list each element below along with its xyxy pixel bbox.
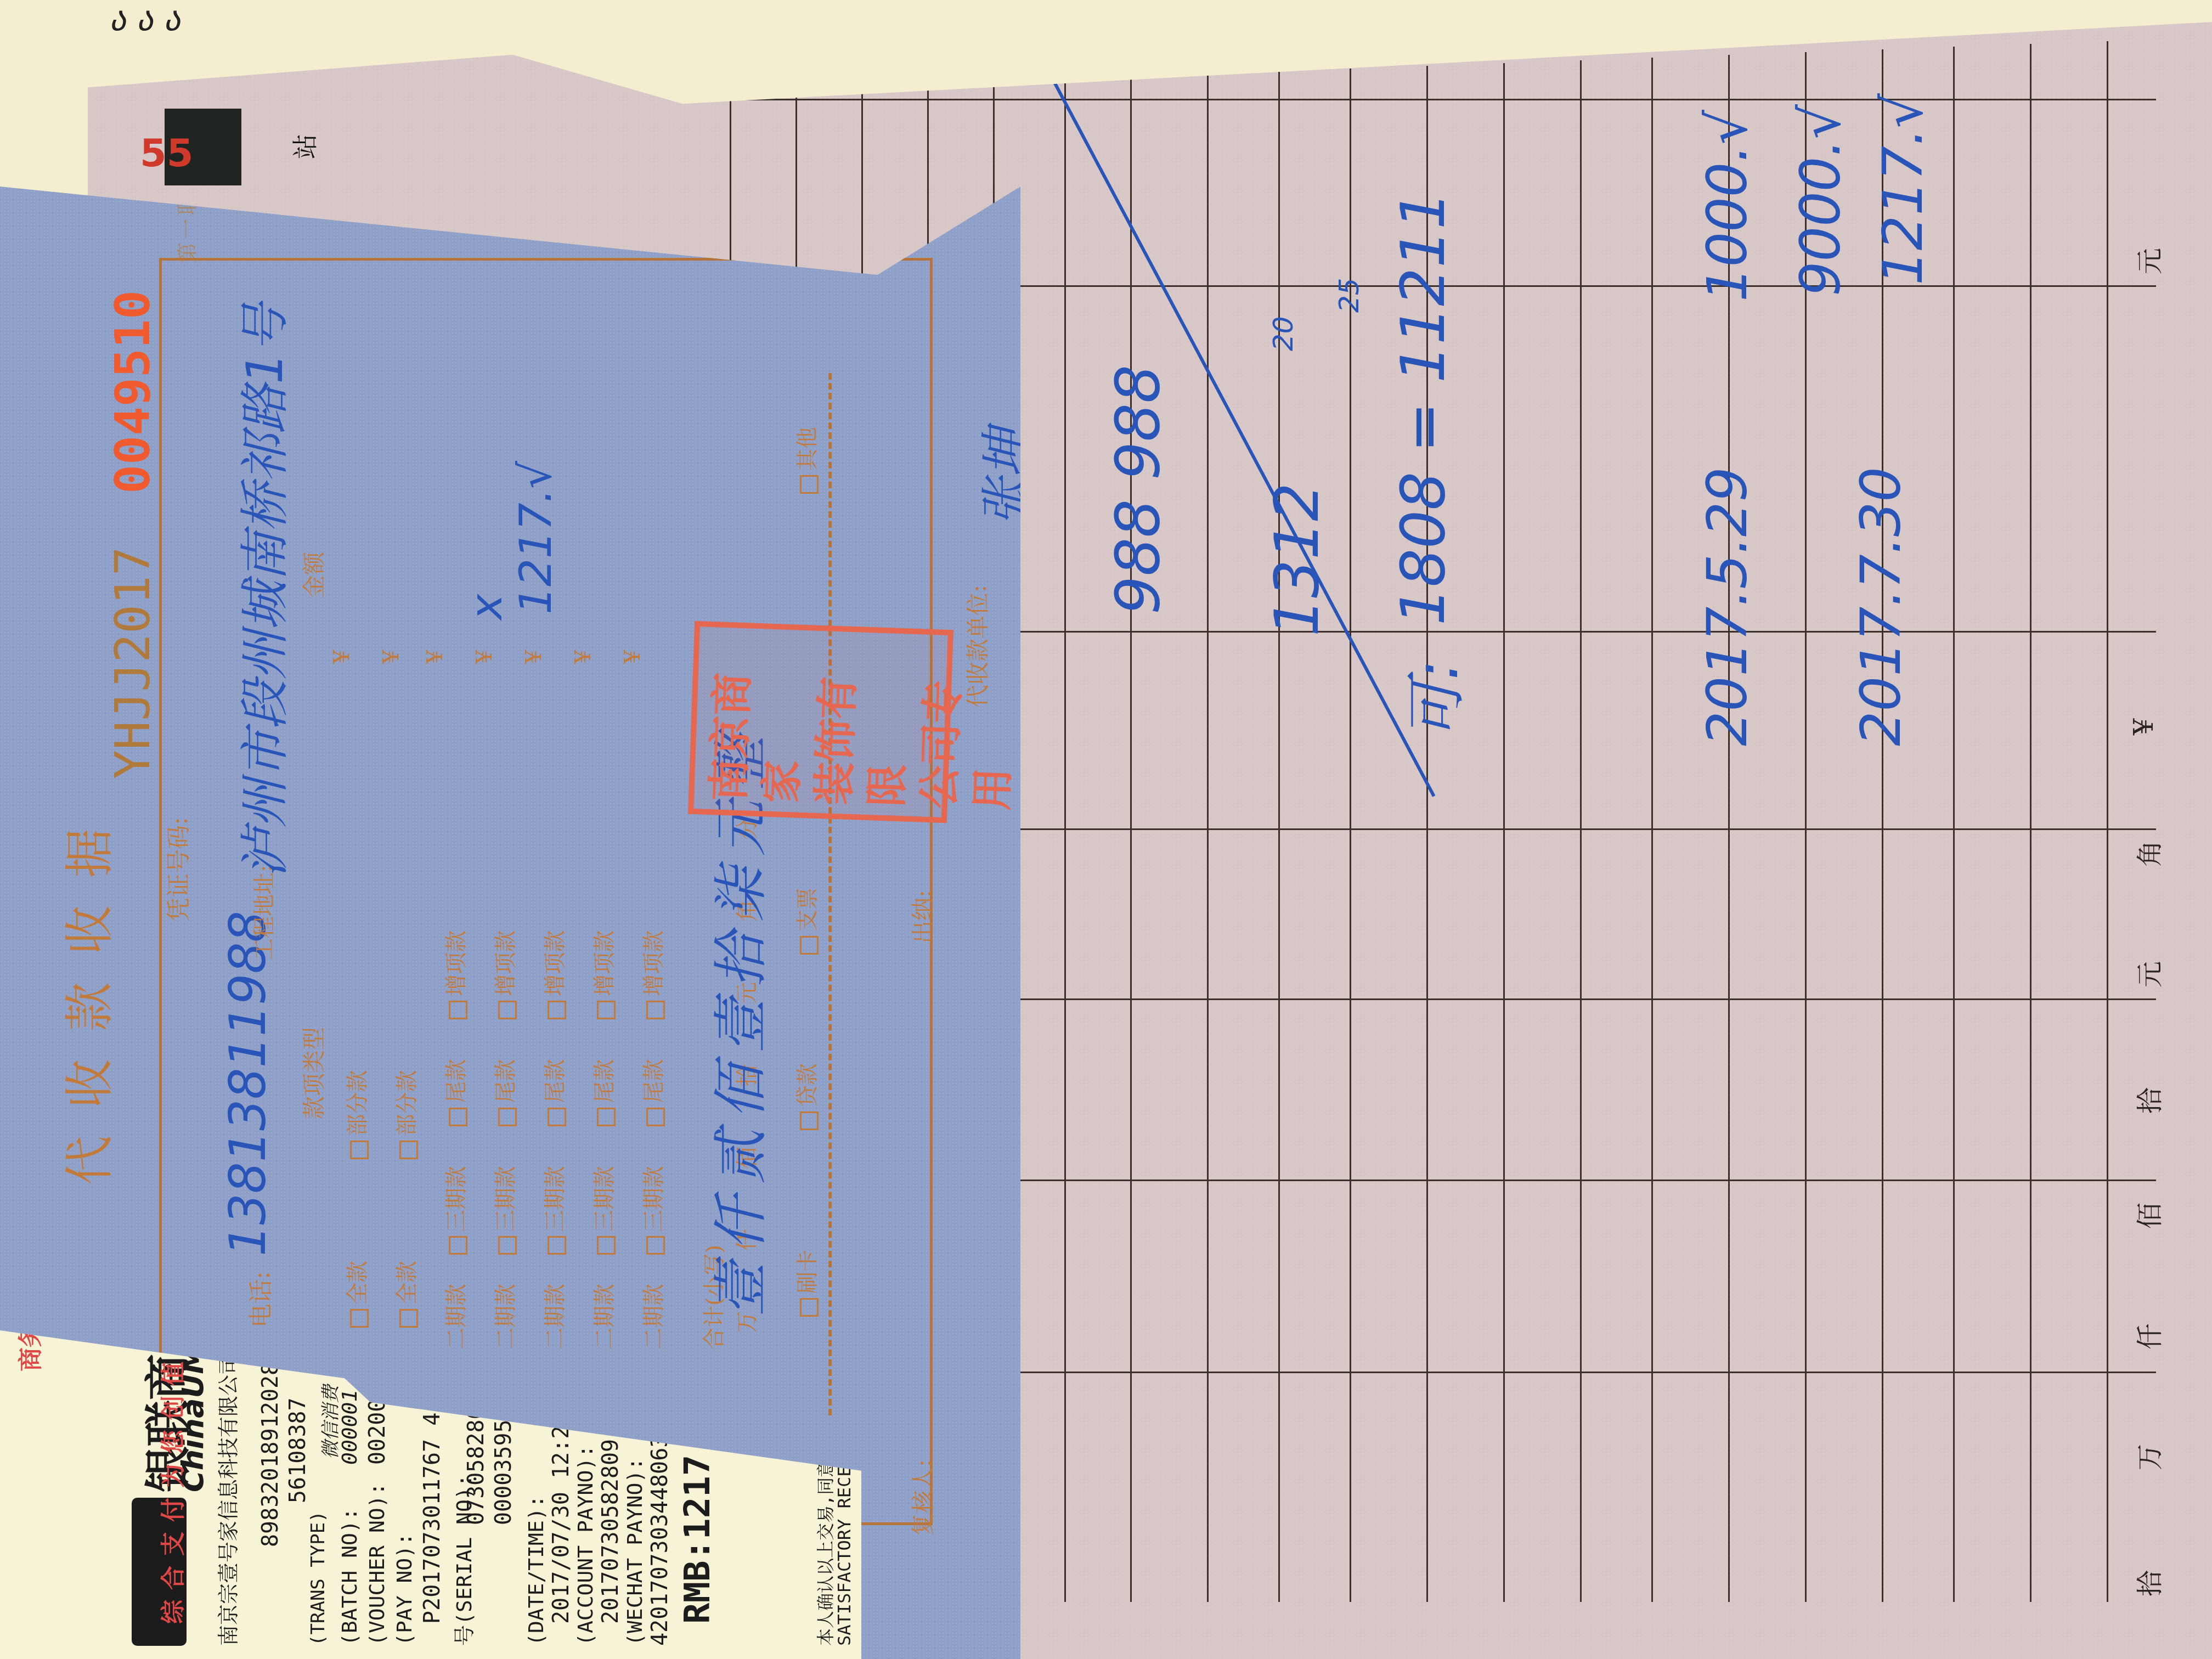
project-address-label: 工程地址: [247,865,278,960]
trans-type-label: (TRANS TYPE) [307,1511,329,1646]
checkbox-final[interactable] [548,1108,566,1126]
checkbox-extra[interactable] [548,1001,566,1019]
row-1-options[interactable]: 全款 部分款 [340,1070,371,1328]
unit-label-shi: 拾 [2129,1570,2166,1596]
payment-type-header: 款项类型 [296,1027,329,1119]
pay-no-label: (PAY NO): [392,1533,416,1646]
checkbox-extra[interactable] [646,1001,665,1019]
hand-calc-sup-2: 25 [1333,278,1365,313]
hand-calc-1: 1312 [1262,483,1332,636]
phone-label: 电话: [241,1271,276,1328]
row-4-options[interactable]: 二期款 三期款 尾款 增项款 [488,930,520,1350]
company-stamp: 南京商家 装饰有限 公司专用 财务章 [688,621,953,823]
batch-no-label: (BATCH NO): [337,1508,362,1646]
cashier-label: 出纳: [905,890,938,944]
batch-no: 000001 [337,1390,362,1465]
pay-method-loan[interactable]: 贷款 [790,1063,821,1130]
currency-sign: ¥ [571,650,596,664]
hand-calc-prefix: 可: [1388,660,1475,741]
currency-sign: ¥ [521,650,546,664]
checkbox-third[interactable] [646,1236,665,1255]
checkbox-card[interactable] [800,1298,819,1317]
unit-label-qian: 仟 [2129,1323,2166,1350]
checkbox-partial[interactable] [399,1141,418,1159]
hand-calc-sup-1: 20 [1267,316,1299,351]
row-7-options[interactable]: 二期款 三期款 尾款 增项款 [636,930,668,1350]
project-address-value: 泸州市段州城南桥祁路1号 [225,303,296,878]
checkbox-final[interactable] [449,1108,467,1126]
checkbox-final[interactable] [498,1108,517,1126]
hand-partial-marks: 988 988 [1103,365,1173,614]
entry-date-1: 2017.5.29 [1695,467,1759,746]
receipt-title: 代收款收据 [49,801,121,1185]
checkbox-extra[interactable] [449,1001,467,1019]
checkbox-loan[interactable] [800,1111,819,1130]
pay-method-card[interactable]: 刷卡 [790,1250,821,1317]
row-3-options[interactable]: 二期款 三期款 尾款 增项款 [439,930,470,1350]
unit-label-yuan: 元 [2129,961,2166,988]
row-2-options[interactable]: 全款 部分款 [390,1070,421,1328]
currency-sign: ¥ [379,650,404,664]
strike-through-line [1020,20,1435,797]
checkbox-final[interactable] [597,1108,616,1126]
collector-label: 代收款单位: [960,585,993,708]
account-payno-label: (ACCOUNT PAYNO): [573,1445,597,1646]
unit-label-jiao: 角 [2129,840,2166,867]
currency-sign: ¥ [329,650,354,664]
reviewer-label: 复核人: [905,1459,938,1536]
dashed-divider [828,373,832,1415]
checkbox-third[interactable] [449,1236,467,1255]
row-4-amount: ⅹ [461,594,512,620]
wechat-payno-label: (WECHAT PAYNO): [623,1458,647,1646]
checkbox-third[interactable] [498,1236,517,1255]
terminal-no: 56108387 [285,1397,311,1503]
merchant-name: 南京宗壹号家信息科技有限公司 [211,1354,241,1646]
hand-calc-2: 1808 = 11211 [1388,191,1458,625]
checkbox-third[interactable] [548,1236,566,1255]
bottom-scribble: 十7元 [2200,971,2212,1130]
checkbox-full[interactable] [399,1309,418,1328]
entry-amount-3: 1217.√ [1871,93,1935,285]
checkbox-extra[interactable] [597,1001,616,1019]
datetime-label: (DATE/TIME): [524,1495,548,1646]
unit-label-yuan-top: 元 [2129,248,2166,274]
currency-sign: ¥ [472,650,497,664]
entry-date-3: 2017.7.30 [1849,467,1913,746]
unit-label-bai: 佰 [2129,1203,2166,1229]
ledger-header-label: 站 [285,134,321,159]
voucher-no-label: (VOUCHER NO): [365,1483,389,1646]
checkbox-final[interactable] [646,1108,665,1126]
phone-value: 13813811988 [219,911,277,1256]
voucher-number-prefix: YHJJ2017 [104,546,161,779]
pay-method-cheque[interactable]: 支票 [790,888,821,955]
checkbox-extra[interactable] [498,1001,517,1019]
pay-method-other[interactable]: 其他 [790,427,821,494]
checkbox-other[interactable] [800,475,819,494]
currency-sign: ¥ [620,650,645,664]
row-5-amount: 1217.√ [510,461,561,614]
amount-header: 金额 [296,552,329,598]
checkbox-cheque[interactable] [800,936,819,955]
entry-amount-1: 1000.√ [1695,110,1759,302]
checkbox-partial[interactable] [350,1141,369,1159]
unit-label-shi-2: 拾 [2129,1087,2166,1114]
merchant-no: 898320189120281 [258,1349,283,1547]
row-6-options[interactable]: 二期款 三期款 尾款 增项款 [587,930,618,1350]
ledger-header-number: 55 [140,131,193,176]
unit-label-wan: 万 [2129,1444,2166,1470]
unit-label-yen: ¥ [2129,718,2159,735]
checkbox-third[interactable] [597,1236,616,1255]
top-handwriting: ა ა ა [110,0,181,38]
currency-sign: ¥ [422,650,448,664]
row-5-options[interactable]: 二期款 三期款 尾款 增项款 [538,930,569,1350]
entry-amount-2: 9000.√ [1788,104,1853,296]
pay-no: P2017073011767 4 [420,1413,445,1624]
checkbox-full[interactable] [350,1309,369,1328]
voucher-number-red: 0049510 [104,290,161,494]
